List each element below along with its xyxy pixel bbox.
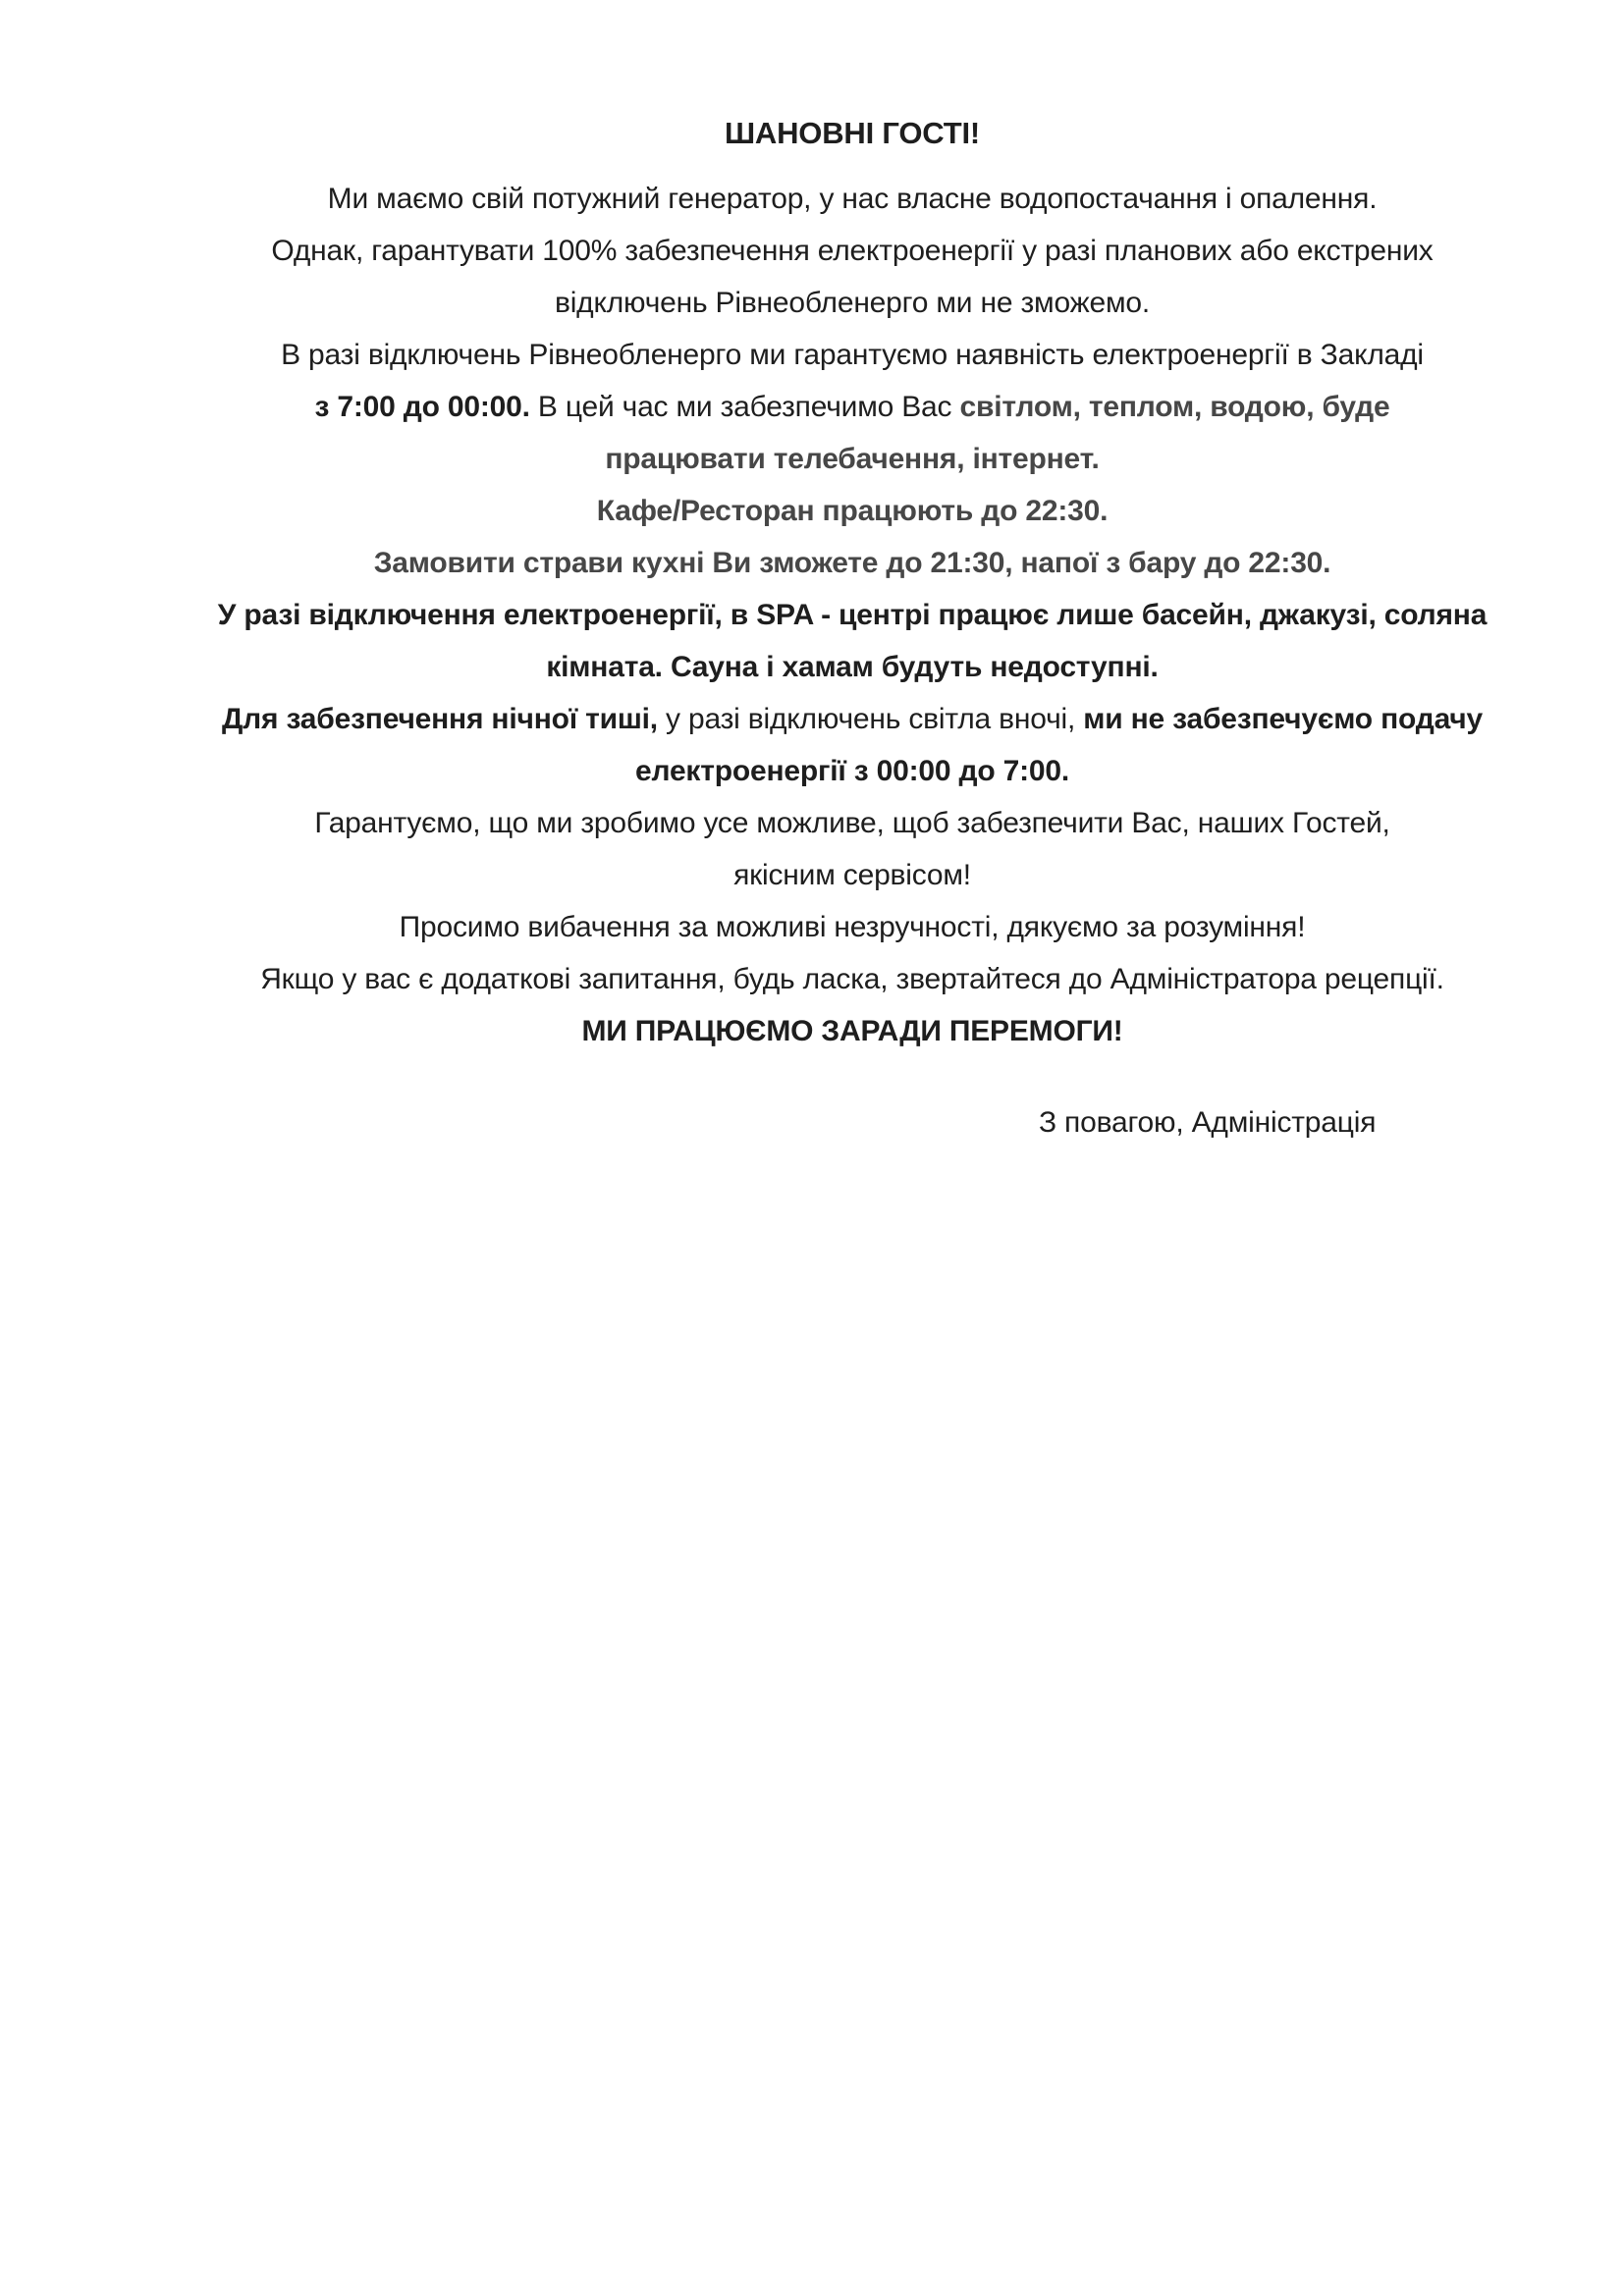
notice-line: Ми маємо свій потужний генератор, у нас …: [165, 173, 1540, 225]
text-segment: світлом, теплом, водою, буде: [959, 391, 1389, 423]
text-segment: ми не забезпечуємо подачу: [1083, 703, 1483, 735]
text-segment: Ми маємо свій потужний генератор, у нас …: [328, 183, 1378, 215]
text-segment: з 7:00 до 00:00.: [315, 391, 530, 423]
text-segment: Якщо у вас є додаткові запитання, будь л…: [260, 963, 1444, 995]
notice-line: Однак, гарантувати 100% забезпечення еле…: [165, 225, 1540, 277]
notice-line: Якщо у вас є додаткові запитання, будь л…: [165, 953, 1540, 1005]
text-segment: у разі відключень світла вночі,: [658, 703, 1083, 735]
text-segment: працювати телебачення, інтернет.: [605, 443, 1099, 475]
text-segment: МИ ПРАЦЮЄМО ЗАРАДИ ПЕРЕМОГИ!: [581, 1015, 1122, 1047]
notice-line: Кафе/Ресторан працюють до 22:30.: [165, 485, 1540, 537]
notice-title: ШАНОВНІ ГОСТІ!: [165, 114, 1540, 173]
text-segment: відключень Рівнеобленерго ми не зможемо.: [555, 287, 1150, 319]
text-segment: Гарантуємо, що ми зробимо усе можливе, щ…: [314, 807, 1389, 839]
document-page: ШАНОВНІ ГОСТІ! Ми маємо свій потужний ге…: [0, 0, 1624, 2296]
text-segment: Для забезпечення нічної тиші,: [222, 703, 658, 735]
notice-lines: Ми маємо свій потужний генератор, у нас …: [165, 173, 1540, 1057]
notice-line: В разі відключень Рівнеобленерго ми гара…: [165, 329, 1540, 381]
notice-line: відключень Рівнеобленерго ми не зможемо.: [165, 277, 1540, 329]
notice-line: кімната. Сауна і хамам будуть недоступні…: [165, 641, 1540, 693]
notice-line: МИ ПРАЦЮЄМО ЗАРАДИ ПЕРЕМОГИ!: [165, 1005, 1540, 1057]
text-segment: В разі відключень Рівнеобленерго ми гара…: [281, 339, 1424, 371]
notice-line: з 7:00 до 00:00. В цей час ми забезпечим…: [165, 381, 1540, 433]
text-segment: кімната. Сауна і хамам будуть недоступні…: [546, 651, 1158, 683]
notice-line: Просимо вибачення за можливі незручності…: [165, 901, 1540, 953]
text-segment: В цей час ми забезпечимо Вас: [530, 391, 960, 423]
text-segment: Замовити страви кухні Ви зможете до 21:3…: [374, 547, 1331, 579]
text-segment: Кафе/Ресторан працюють до 22:30.: [597, 495, 1108, 527]
text-segment: Однак, гарантувати 100% забезпечення еле…: [271, 235, 1433, 267]
notice-line: якісним сервісом!: [165, 849, 1540, 901]
notice-line: Гарантуємо, що ми зробимо усе можливе, щ…: [165, 797, 1540, 849]
notice-line: У разі відключення електроенергії, в SPA…: [165, 589, 1540, 641]
signature: З повагою, Адміністрація: [1039, 1101, 1376, 1145]
notice-line: електроенергії з 00:00 до 7:00.: [165, 745, 1540, 797]
text-segment: Просимо вибачення за можливі незручності…: [400, 911, 1306, 943]
text-segment: У разі відключення електроенергії, в SPA…: [218, 599, 1487, 631]
notice-line: Замовити страви кухні Ви зможете до 21:3…: [165, 537, 1540, 589]
text-segment: якісним сервісом!: [733, 859, 971, 891]
notice-body: ШАНОВНІ ГОСТІ! Ми маємо свій потужний ге…: [165, 114, 1540, 1057]
notice-line: працювати телебачення, інтернет.: [165, 433, 1540, 485]
text-segment: електроенергії з 00:00 до 7:00.: [635, 755, 1069, 787]
notice-line: Для забезпечення нічної тиші, у разі від…: [165, 693, 1540, 745]
